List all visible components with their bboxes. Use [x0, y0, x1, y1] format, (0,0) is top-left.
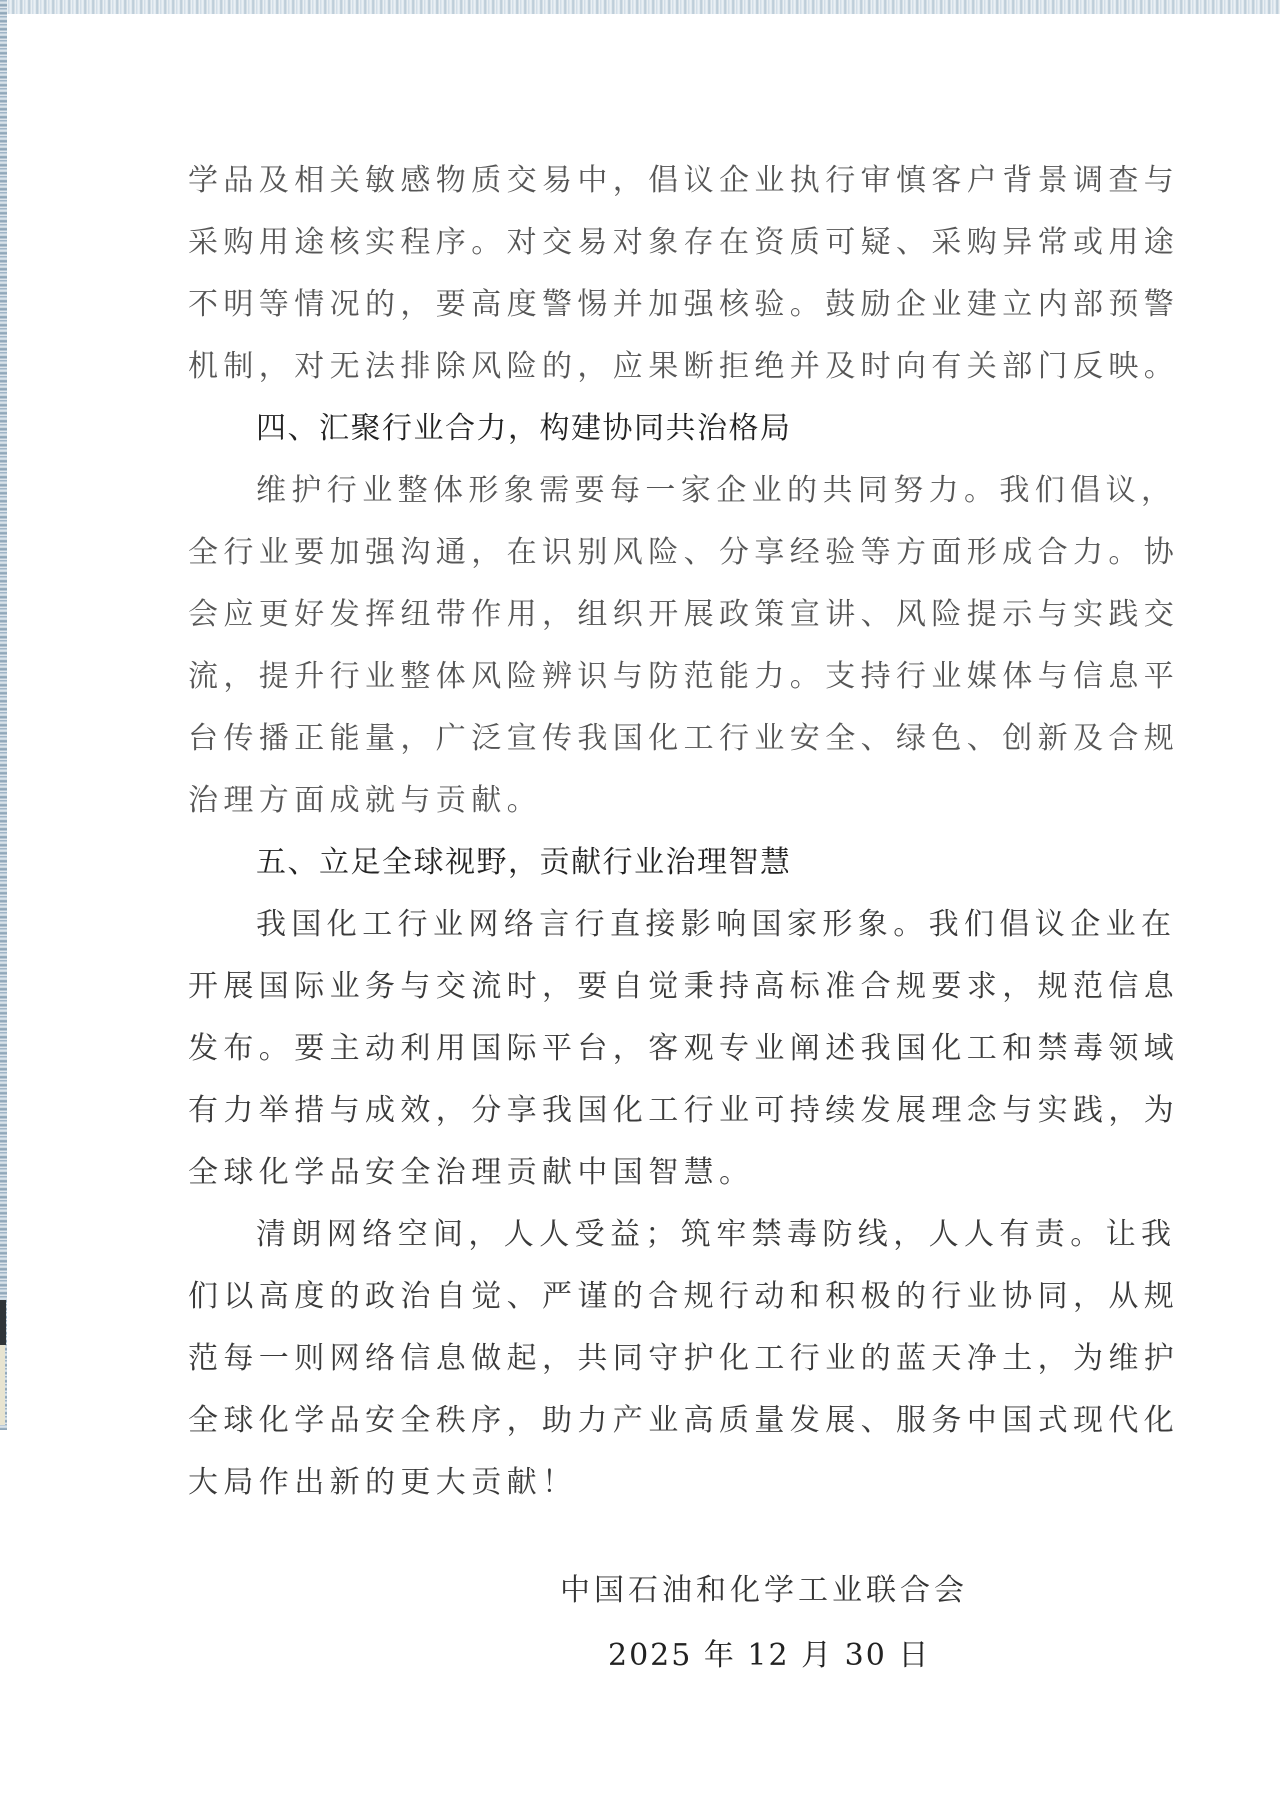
- scan-edge-highlight: [0, 1345, 5, 1425]
- text-line: 我国化工行业网络言行直接影响国家形象。我们倡议企业在: [188, 894, 1128, 956]
- text-line: 有力举措与成效，分享我国化工行业可持续发展理念与实践，为: [188, 1080, 1128, 1142]
- text-line: 机制，对无法排除风险的，应果断拒绝并及时向有关部门反映。: [188, 336, 1128, 398]
- text-line: 大局作出新的更大贡献！: [188, 1452, 1128, 1514]
- text-line: 们以高度的政治自觉、严谨的合规行动和积极的行业协同，从规: [188, 1266, 1128, 1328]
- text-line: 发布。要主动利用国际平台，客观专业阐述我国化工和禁毒领域: [188, 1018, 1128, 1080]
- section-heading: 五、立足全球视野，贡献行业治理智慧: [188, 832, 1128, 894]
- scan-top-edge: [0, 0, 1280, 14]
- text-line: 范每一则网络信息做起，共同守护化工行业的蓝天净土，为维护: [188, 1328, 1128, 1390]
- text-line: 治理方面成就与贡献。: [188, 770, 1128, 832]
- signature-date: 2025 年 12 月 30 日: [608, 1630, 930, 1674]
- scan-edge-shadow: [0, 1300, 6, 1345]
- text-line: 会应更好发挥纽带作用，组织开展政策宣讲、风险提示与实践交: [188, 584, 1128, 646]
- text-line: 维护行业整体形象需要每一家企业的共同努力。我们倡议，: [188, 460, 1128, 522]
- text-line: 台传播正能量，广泛宣传我国化工行业安全、绿色、创新及合规: [188, 708, 1128, 770]
- section-4: 四、汇聚行业合力，构建协同共治格局 维护行业整体形象需要每一家企业的共同努力。我…: [188, 398, 1128, 832]
- text-line: 开展国际业务与交流时，要自觉秉持高标准合规要求，规范信息: [188, 956, 1128, 1018]
- text-line: 全球化学品安全治理贡献中国智慧。: [188, 1142, 1128, 1204]
- text-line: 清朗网络空间，人人受益；筑牢禁毒防线，人人有责。让我: [188, 1204, 1128, 1266]
- text-line: 流，提升行业整体风险辨识与防范能力。支持行业媒体与信息平: [188, 646, 1128, 708]
- closing-paragraph: 清朗网络空间，人人受益；筑牢禁毒防线，人人有责。让我 们以高度的政治自觉、严谨的…: [188, 1204, 1128, 1514]
- text-line: 采购用途核实程序。对交易对象存在资质可疑、采购异常或用途: [188, 212, 1128, 274]
- section-heading: 四、汇聚行业合力，构建协同共治格局: [188, 398, 1128, 460]
- section-5: 五、立足全球视野，贡献行业治理智慧 我国化工行业网络言行直接影响国家形象。我们倡…: [188, 832, 1128, 1204]
- text-line: 学品及相关敏感物质交易中，倡议企业执行审慎客户背景调查与: [188, 150, 1128, 212]
- scan-left-edge: [0, 0, 7, 1430]
- text-line: 全球化学品安全秩序，助力产业高质量发展、服务中国式现代化: [188, 1390, 1128, 1452]
- text-line: 不明等情况的，要高度警惕并加强核验。鼓励企业建立内部预警: [188, 274, 1128, 336]
- document-page: 学品及相关敏感物质交易中，倡议企业执行审慎客户背景调查与 采购用途核实程序。对交…: [188, 150, 1128, 1514]
- signature-organization: 中国石油和化学工业联合会: [560, 1565, 968, 1609]
- text-line: 全行业要加强沟通，在识别风险、分享经验等方面形成合力。协: [188, 522, 1128, 584]
- paragraph-continuation: 学品及相关敏感物质交易中，倡议企业执行审慎客户背景调查与 采购用途核实程序。对交…: [188, 150, 1128, 398]
